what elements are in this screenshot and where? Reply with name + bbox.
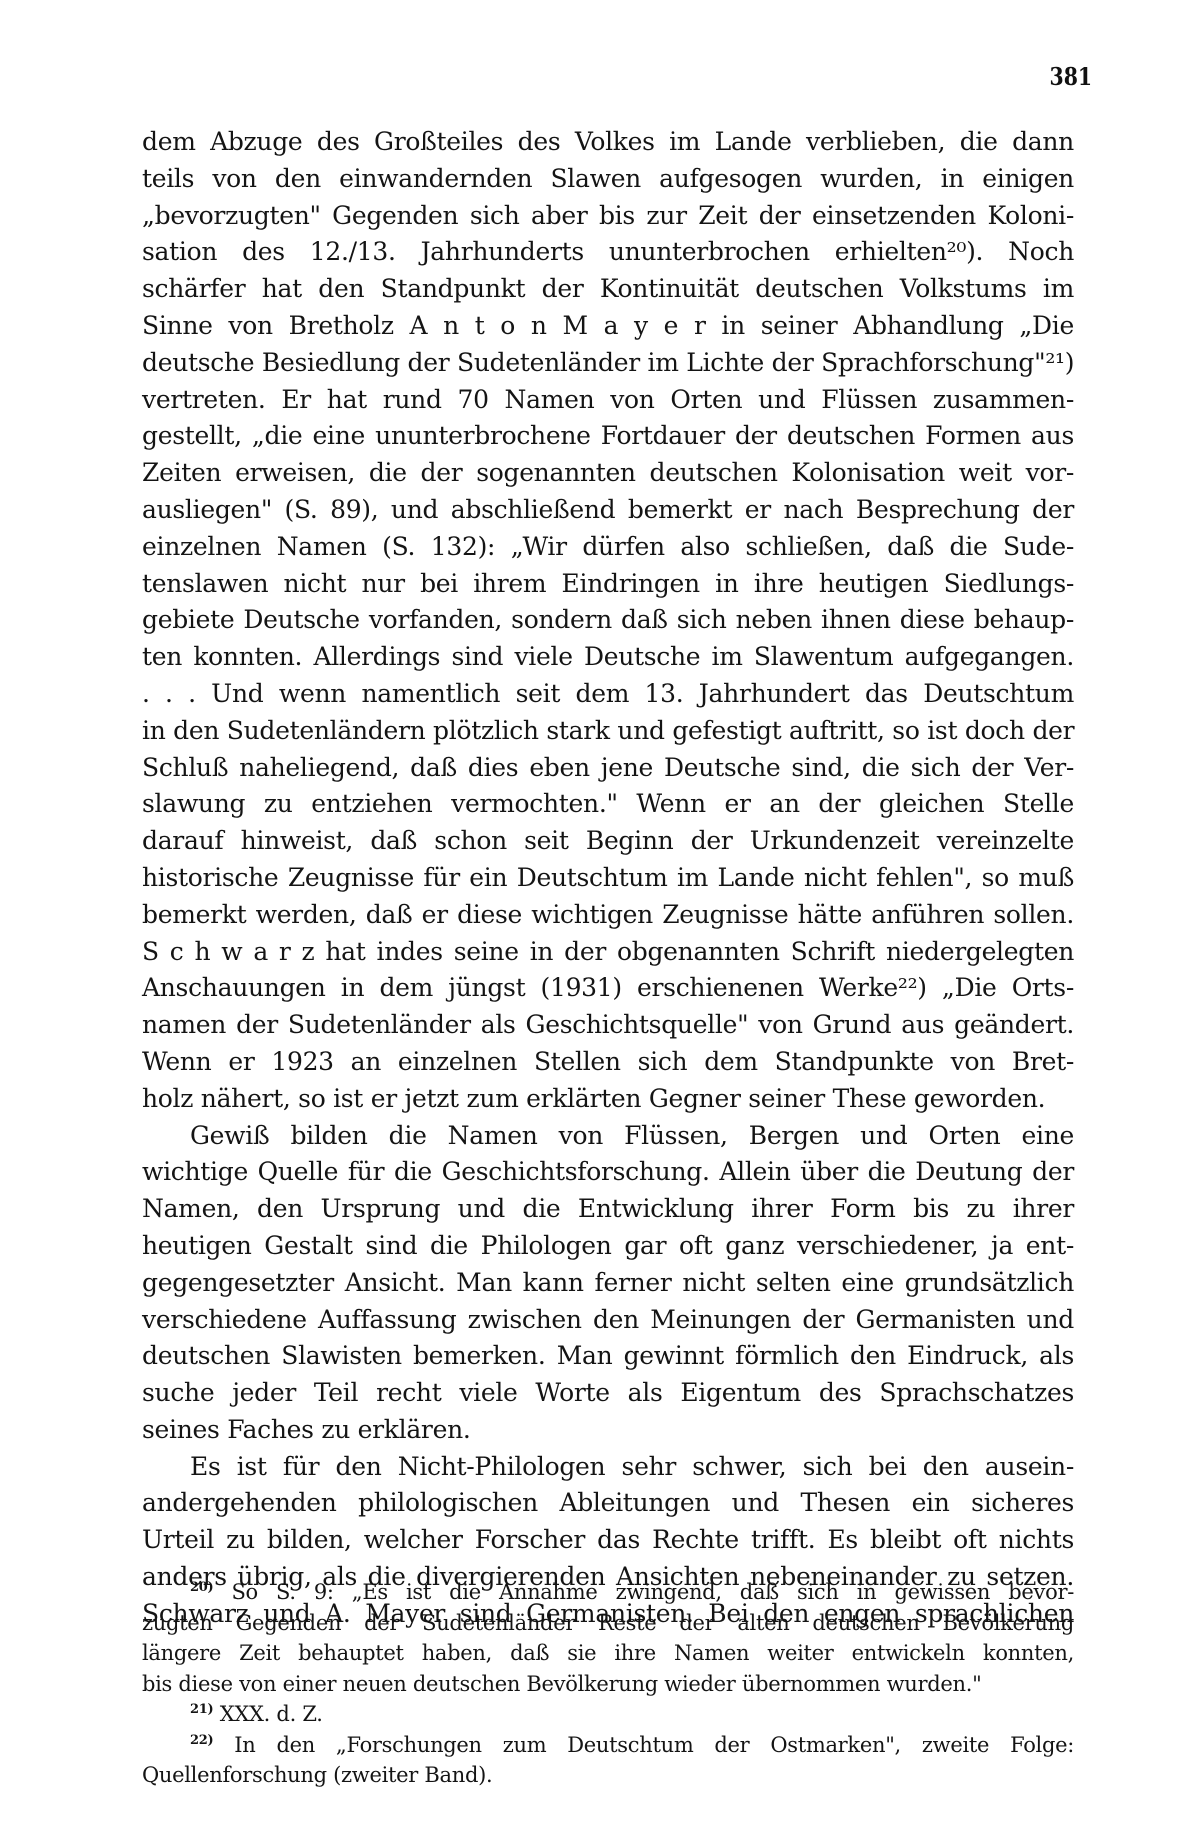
footnote-20: 20) So S. 9: „Es ist die Annahme zwingen… bbox=[142, 1577, 1074, 1699]
text-line: holz nähert, so ist er jetzt zum erklärt… bbox=[142, 1081, 1074, 1118]
footnote-text: Quellenforschung (zweiter Band). bbox=[142, 1760, 1074, 1791]
text-line: in den Sudetenländern plötzlich stark un… bbox=[142, 713, 1074, 750]
footnote-text: zugten Gegenden der Sudetenländer Reste … bbox=[142, 1608, 1074, 1639]
text-line: Namen, den Ursprung und die Entwicklung … bbox=[142, 1191, 1074, 1228]
text-line: dem Abzuge des Großteiles des Volkes im … bbox=[142, 124, 1074, 161]
text-line: teils von den einwandernden Slawen aufge… bbox=[142, 161, 1074, 198]
text-line: heutigen Gestalt sind die Philologen gar… bbox=[142, 1228, 1074, 1265]
text-line: einzelnen Namen (S. 132): „Wir dürfen al… bbox=[142, 529, 1074, 566]
text-line: ausliegen" (S. 89), und abschließend bem… bbox=[142, 492, 1074, 529]
text-line: verschiedene Auffassung zwischen den Mei… bbox=[142, 1302, 1074, 1339]
text-line: Urteil zu bilden, welcher Forscher das R… bbox=[142, 1522, 1074, 1559]
footnote-22: 22) In den „Forschungen zum Deutschtum d… bbox=[142, 1730, 1074, 1791]
text-line: slawung zu entziehen vermochten." Wenn e… bbox=[142, 786, 1074, 823]
text-line: darauf hinweist, daß schon seit Beginn d… bbox=[142, 823, 1074, 860]
text-line: gebiete Deutsche vorfanden, sondern daß … bbox=[142, 602, 1074, 639]
text-line: tenslawen nicht nur bei ihrem Eindringen… bbox=[142, 566, 1074, 603]
text-line: Wenn er 1923 an einzelnen Stellen sich d… bbox=[142, 1044, 1074, 1081]
footnote-21: 21) XXX. d. Z. bbox=[142, 1699, 1074, 1730]
text-line: suche jeder Teil recht viele Worte als E… bbox=[142, 1375, 1074, 1412]
text-line: S c h w a r z hat indes seine in der obg… bbox=[142, 934, 1074, 971]
footnote-text: bis diese von einer neuen deutschen Bevö… bbox=[142, 1669, 1074, 1700]
text-line: Zeiten erweisen, die der sogenannten deu… bbox=[142, 455, 1074, 492]
text-line: vertreten. Er hat rund 70 Namen von Orte… bbox=[142, 382, 1074, 419]
text-line: schärfer hat den Standpunkt der Kontinui… bbox=[142, 271, 1074, 308]
text-line: gestellt, „die eine ununterbrochene Fort… bbox=[142, 418, 1074, 455]
text-line: namen der Sudetenländer als Geschichtsqu… bbox=[142, 1007, 1074, 1044]
text-line: ten konnten. Allerdings sind viele Deuts… bbox=[142, 639, 1074, 676]
body-text: dem Abzuge des Großteiles des Volkes im … bbox=[142, 124, 1074, 1633]
footnote-marker: 20) bbox=[190, 1580, 213, 1595]
text-line: bemerkt werden, daß er diese wichtigen Z… bbox=[142, 897, 1074, 934]
text-line: . . . Und wenn namentlich seit dem 13. J… bbox=[142, 676, 1074, 713]
page-number: 381 bbox=[1049, 62, 1092, 91]
text-line: Anschauungen in dem jüngst (1931) erschi… bbox=[142, 970, 1074, 1007]
text-line: deutschen Slawisten bemerken. Man gewinn… bbox=[142, 1338, 1074, 1375]
text-line: andergehenden philologischen Ableitungen… bbox=[142, 1485, 1074, 1522]
footnote-text: In den „Forschungen zum Deutschtum der O… bbox=[234, 1733, 1074, 1757]
text-line: Sinne von Bretholz A n t o n M a y e r i… bbox=[142, 308, 1074, 345]
footnote-text: XXX. d. Z. bbox=[220, 1702, 323, 1726]
footnote-marker: 22) bbox=[190, 1733, 213, 1748]
paragraph-start-line: Gewiß bilden die Namen von Flüssen, Berg… bbox=[142, 1118, 1074, 1155]
footnotes: 20) So S. 9: „Es ist die Annahme zwingen… bbox=[142, 1577, 1074, 1791]
text-line: Schluß naheliegend, daß dies eben jene D… bbox=[142, 750, 1074, 787]
paragraph-start-line: Es ist für den Nicht-Philologen sehr sch… bbox=[142, 1449, 1074, 1486]
text-line: deutsche Besiedlung der Sudetenländer im… bbox=[142, 345, 1074, 382]
text-line: wichtige Quelle für die Geschichtsforsch… bbox=[142, 1154, 1074, 1191]
footnote-marker: 21) bbox=[190, 1702, 213, 1717]
text-line: sation des 12./13. Jahrhunderts ununterb… bbox=[142, 234, 1074, 271]
text-line: seines Faches zu erklären. bbox=[142, 1412, 1074, 1449]
text-line: „bevorzugten" Gegenden sich aber bis zur… bbox=[142, 198, 1074, 235]
text-line: gegengesetzter Ansicht. Man kann ferner … bbox=[142, 1265, 1074, 1302]
document-page: 381 dem Abzuge des Großteiles des Volkes… bbox=[0, 0, 1200, 1829]
text-line: historische Zeugnisse für ein Deutschtum… bbox=[142, 860, 1074, 897]
footnote-text: So S. 9: „Es ist die Annahme zwingend, d… bbox=[231, 1580, 1074, 1604]
footnote-text: längere Zeit behauptet haben, daß sie ih… bbox=[142, 1638, 1074, 1669]
